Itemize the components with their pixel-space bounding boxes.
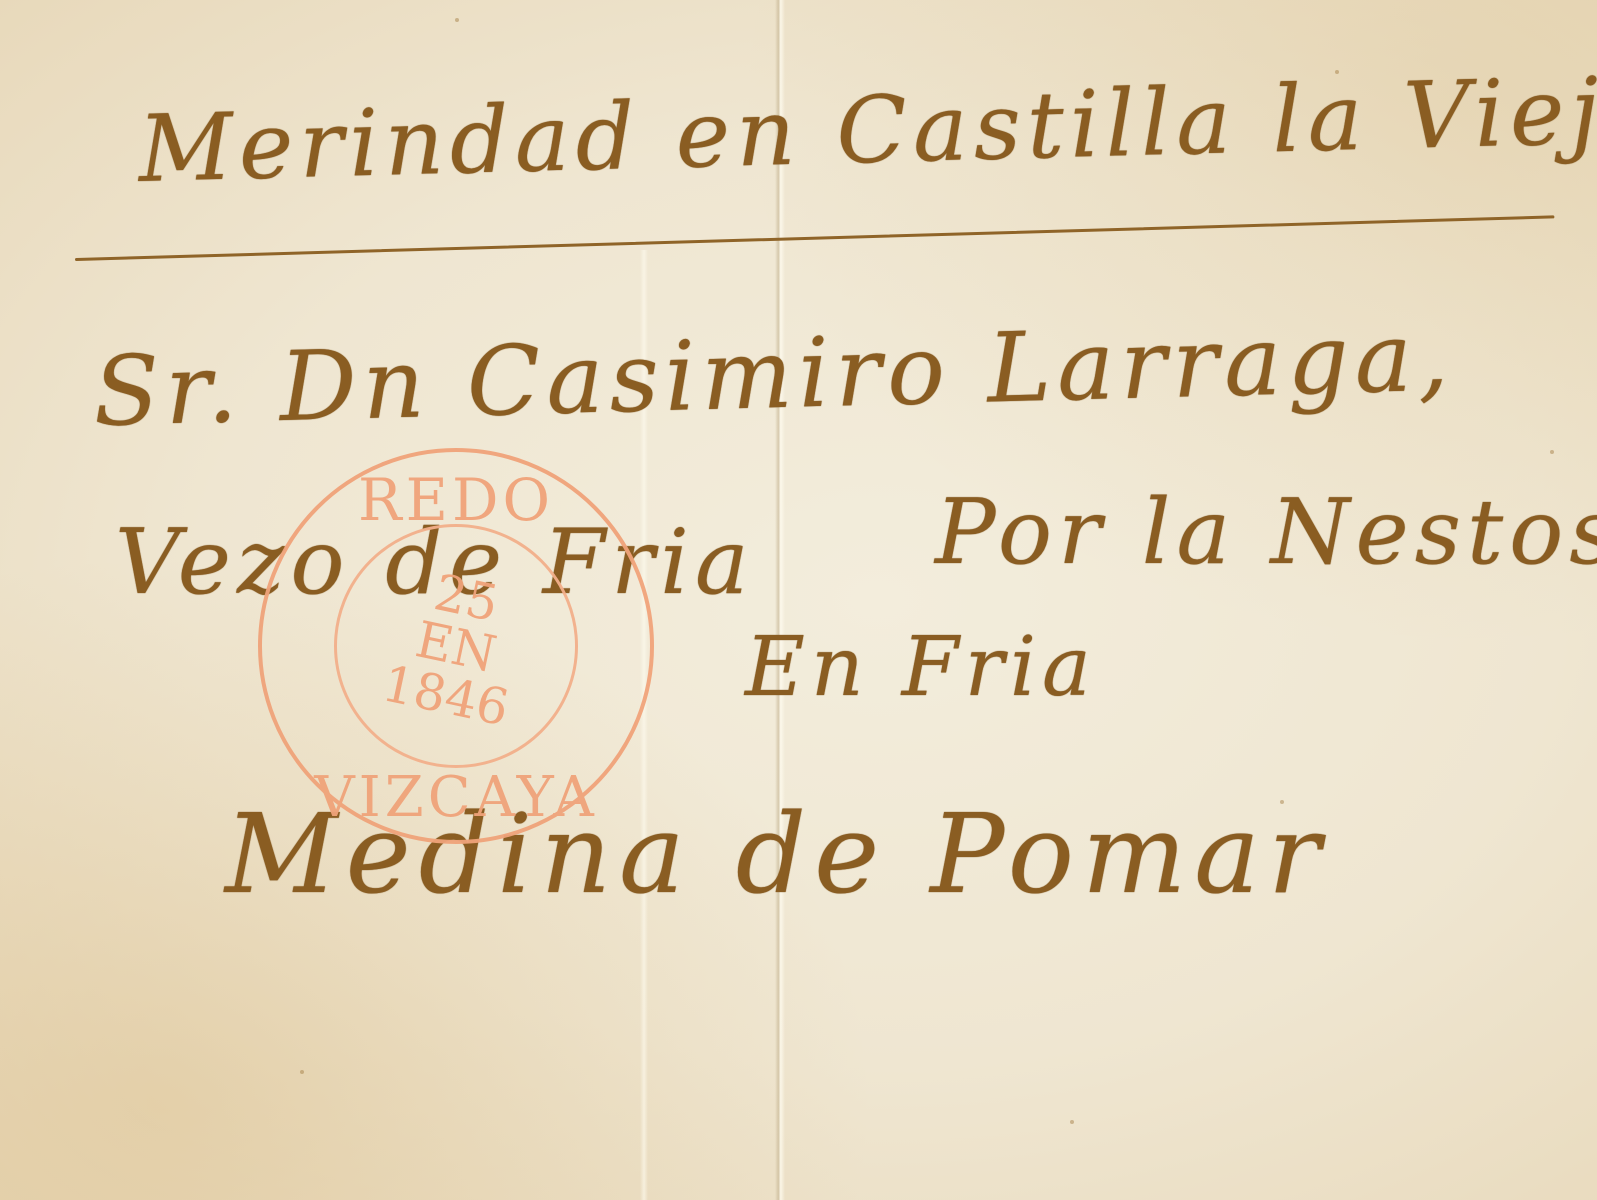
paper-speck [1550,450,1554,454]
postmark-date: 25 EN 1846 [251,533,662,760]
routing-note: Por la Nestosa [935,480,1597,585]
paper-speck [1070,1120,1074,1124]
locality-line: En Fria [745,620,1097,715]
underline-rule [75,215,1554,261]
paper-speck [300,1070,304,1074]
heading-merindad: Merindad en Castilla la Vieja [137,56,1597,203]
postmark: REDO 25 EN 1846 VIZCAYA [258,448,654,844]
paper-speck [455,18,459,22]
letter-cover: Merindad en Castilla la Vieja Sr. Dn Cas… [0,0,1597,1200]
postmark-town: REDO [262,466,650,534]
addressee-name: Sr. Dn Casimiro Larraga, [92,300,1456,448]
postmark-province: VIZCAYA [262,765,650,830]
